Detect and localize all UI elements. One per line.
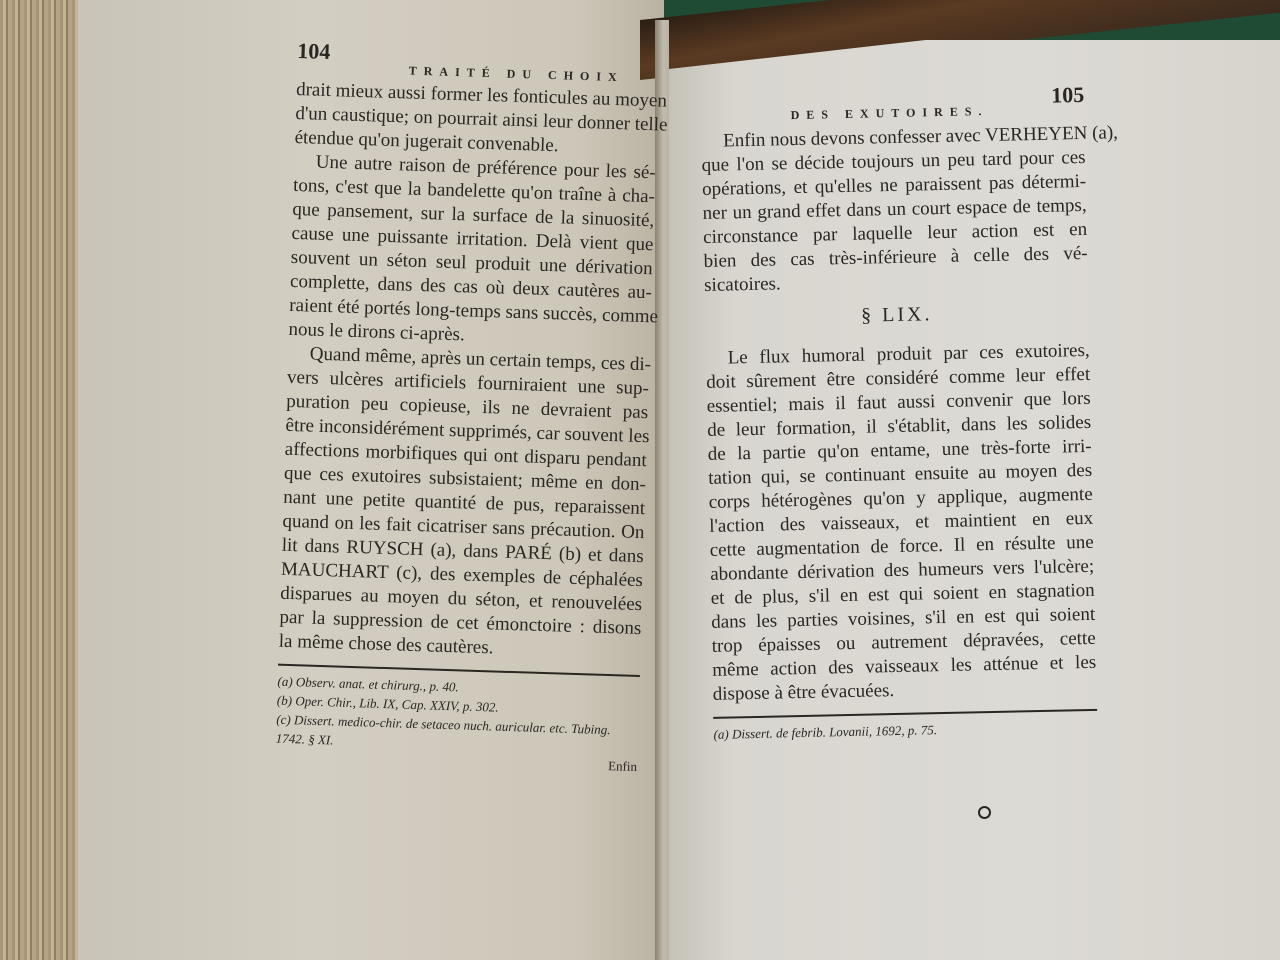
left-page-text: 104 TRAITÉ DU CHOIX drait mieux aussi fo…	[275, 30, 660, 775]
page-number: 105	[1051, 82, 1085, 109]
running-head: DES EXUTOIRES.	[790, 104, 988, 123]
book-gutter	[655, 20, 669, 960]
right-body-text-before: Enfin nous devons confesser avec VERHEYE…	[701, 122, 1088, 298]
page-number: 104	[297, 38, 331, 65]
running-head: TRAITÉ DU CHOIX	[409, 64, 624, 86]
left-footnotes: (a) Observ. anat. et chirurg., p. 40.(b)…	[275, 672, 639, 759]
left-body-text: drait mieux aussi former les fonticules …	[278, 78, 658, 665]
section-heading: § LIX.	[705, 300, 1089, 331]
signature-mark	[978, 806, 991, 819]
book-page-edges	[0, 0, 82, 960]
right-page-text: DES EXUTOIRES. 105 Enfin nous devons con…	[700, 78, 1098, 744]
right-body-text-after: Le flux humoral produit par ces exutoire…	[705, 339, 1096, 707]
